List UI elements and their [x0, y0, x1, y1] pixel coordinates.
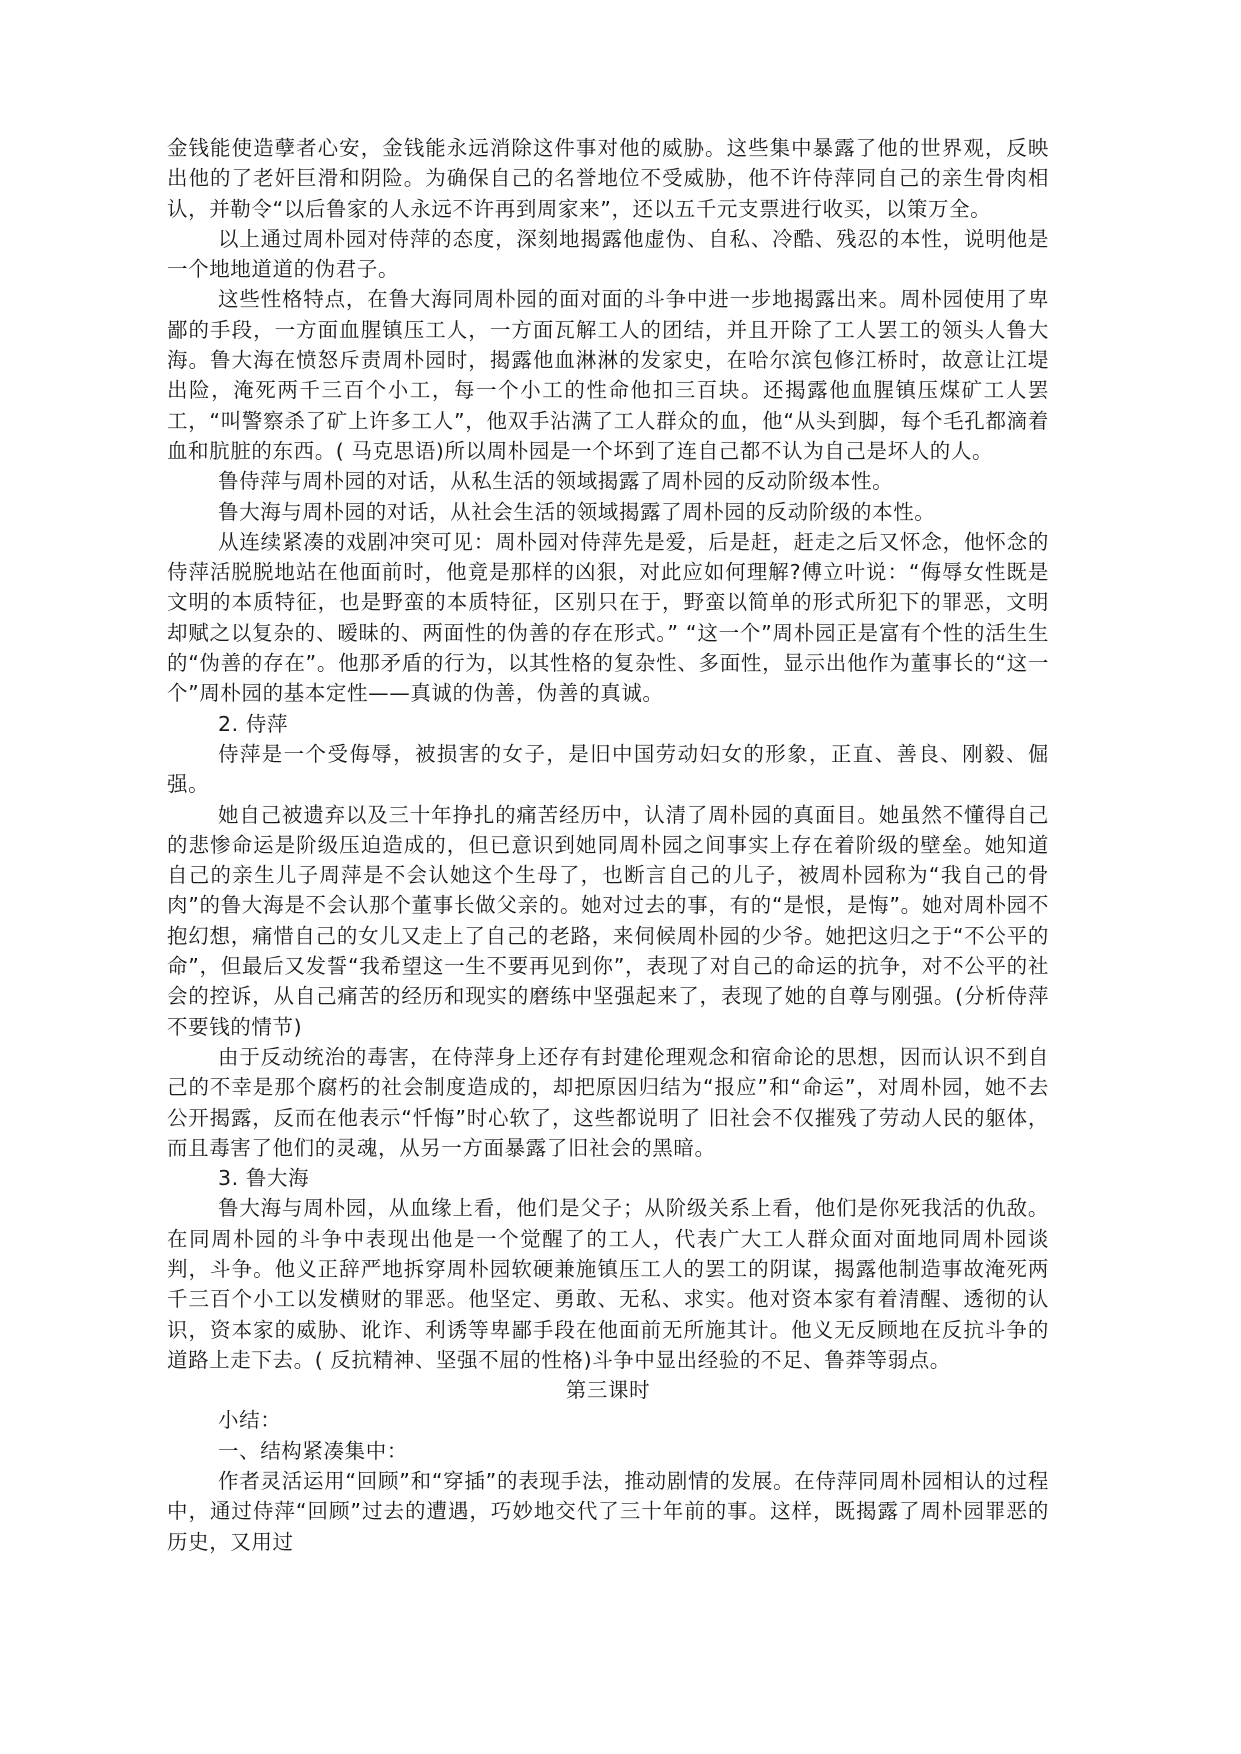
paragraph-shiping-experience: 她自己被遗弃以及三十年挣扎的痛苦经历中，认清了周朴园的真面目。她虽然不懂得自己的…: [167, 800, 1049, 1042]
paragraph-dahai-dialogue: 鲁大海与周朴园的对话，从社会生活的领域揭露了周朴园的反动阶级的本性。: [167, 497, 1049, 527]
paragraph-zhou-hypocrite: 以上通过周朴园对侍萍的态度，深刻地揭露他虚伪、自私、冷酷、残忍的本性，说明他是一…: [167, 224, 1049, 285]
lesson-title-third: 第三课时: [167, 1375, 1049, 1405]
paragraph-lu-dahai-analysis: 鲁大海与周朴园，从血缘上看，他们是父子；从阶级关系上看，他们是你死我活的仇敌。在…: [167, 1193, 1049, 1375]
paragraph-zhou-money: 金钱能使造孽者心安，金钱能永远消除这件事对他的威胁。这些集中暴露了他的世界观，反…: [167, 133, 1049, 224]
summary-heading: 小结：: [167, 1405, 1049, 1435]
paragraph-shiping-intro: 侍萍是一个受侮辱，被损害的女子，是旧中国劳动妇女的形象，正直、善良、刚毅、倔强。: [167, 739, 1049, 800]
document-page: 金钱能使造孽者心安，金钱能永远消除这件事对他的威胁。这些集中暴露了他的世界观，反…: [167, 133, 1049, 1557]
section-heading-lu-dahai: 3. 鲁大海: [167, 1163, 1049, 1193]
paragraph-lu-dahai-struggle: 这些性格特点，在鲁大海同周朴园的面对面的斗争中进一步地揭露出来。周朴园使用了卑鄙…: [167, 284, 1049, 466]
paragraph-shiping-limitations: 由于反动统治的毒害，在侍萍身上还存有封建伦理观念和宿命论的思想，因而认识不到自己…: [167, 1042, 1049, 1163]
paragraph-drama-conflict: 从连续紧凑的戏剧冲突可见：周朴园对侍萍先是爱，后是赶，赶走之后又怀念，他怀念的侍…: [167, 527, 1049, 709]
paragraph-shiping-dialogue: 鲁侍萍与周朴园的对话，从私生活的领域揭露了周朴园的反动阶级本性。: [167, 466, 1049, 496]
paragraph-structure-technique: 作者灵活运用“回顾”和“穿插”的表现手法，推动剧情的发展。在侍萍同周朴园相认的过…: [167, 1466, 1049, 1557]
section-heading-shiping: 2. 侍萍: [167, 709, 1049, 739]
subheading-structure: 一、结构紧凑集中：: [167, 1436, 1049, 1466]
